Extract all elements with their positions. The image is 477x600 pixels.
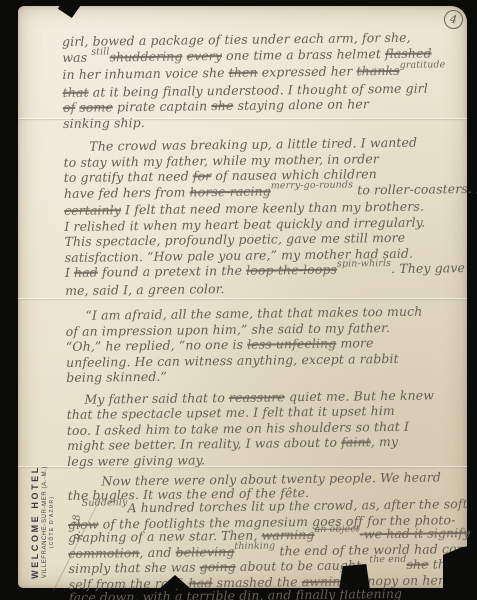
handwritten-text: one time a brass helmet	[222, 46, 385, 63]
struck-out-word: then	[229, 65, 258, 80]
handwritten-text: expressed her	[258, 63, 357, 79]
handwritten-text: I	[65, 265, 74, 280]
handwritten-text: staying alone on her	[233, 96, 369, 113]
struck-out-word: we had it signify	[360, 525, 471, 541]
handwritten-text: me, said I, a green color.	[65, 281, 225, 298]
struck-out-word: that	[63, 84, 89, 99]
manuscript-paragraph: “I am afraid, all the same, that that ma…	[65, 303, 470, 385]
scan-background: 4 girl, bowed a package of ties under ea…	[0, 0, 477, 600]
inserted-struck-word: an object	[314, 522, 359, 536]
struck-out-word: thanks	[356, 63, 399, 79]
handwritten-text: have fed hers from	[64, 184, 190, 201]
torn-edge-artifact	[339, 564, 370, 590]
struck-out-word: commotion	[68, 545, 139, 561]
struck-out-word: going	[200, 559, 236, 574]
handwritten-text: “Oh,” he replied, “no one is	[66, 337, 248, 354]
manuscript-paragraph: Now there were only about twenty people.…	[67, 470, 473, 600]
manuscript-paragraph: My father said that to reassure quiet me…	[66, 387, 471, 469]
struck-out-word: certainly	[64, 202, 121, 218]
letterhead-city: VILLEFRANCHE-SUR-MER (A.-M.)	[42, 456, 48, 588]
handwritten-text: in her inhuman voice she	[62, 65, 228, 82]
torn-edge-artifact	[443, 545, 477, 600]
pencil-page-note: p. 28	[72, 515, 83, 540]
struck-out-word: for	[193, 168, 212, 183]
inserted-word: merry-go-rounds	[271, 177, 353, 194]
struck-out-word: had	[74, 265, 98, 280]
struck-out-word: faint	[341, 434, 371, 449]
inserted-word: still	[91, 44, 110, 60]
handwritten-text: My father said that to	[84, 389, 229, 406]
handwritten-text: might see better. In reality, I was abou…	[67, 435, 341, 453]
handwritten-text: was	[62, 49, 91, 64]
struck-out-word: she	[406, 557, 428, 572]
struck-out-word: horse-racing	[189, 183, 270, 199]
struck-out-word: she	[211, 98, 233, 113]
handwritten-text: pirate captain	[113, 98, 212, 114]
handwritten-text: more	[336, 335, 373, 350]
handwritten-text: legs were giving way.	[67, 452, 205, 469]
struck-out-word: of	[63, 100, 76, 115]
handwritten-text: to roller-coasters. Indeed,	[353, 180, 477, 197]
inserted-word: gratitude	[400, 57, 446, 73]
struck-out-word: reassure	[229, 389, 285, 405]
struck-out-word: loop-the-loops	[246, 262, 337, 278]
handwritten-text: being skinned.”	[66, 369, 167, 385]
handwritten-text: quiet me. But he knew	[285, 387, 434, 404]
struck-out-word: believing	[176, 543, 235, 559]
hotel-letterhead: WELCOME HOTEL VILLEFRANCHE-SUR-MER (A.-M…	[30, 456, 55, 588]
inserted-word: Suddenly	[82, 496, 128, 510]
handwritten-text: . They gave	[391, 260, 465, 276]
inserted-word: spin-whirls	[337, 256, 391, 272]
manuscript-paragraph: girl, bowed a package of ties under each…	[62, 29, 467, 131]
inserted-word: thinking	[234, 539, 275, 553]
handwritten-text: , and	[140, 544, 176, 559]
struck-out-word: shuddering	[109, 48, 182, 64]
handwritten-text: sinking ship.	[63, 114, 145, 130]
letterhead-hotel-name: WELCOME HOTEL	[30, 456, 40, 588]
manuscript-text: girl, bowed a package of ties under each…	[62, 29, 473, 600]
struck-out-word: had	[189, 575, 213, 590]
struck-out-word: some	[79, 99, 113, 114]
manuscript-paragraph: The crowd was breaking up, a little tire…	[63, 134, 469, 298]
handwritten-text: to gratify that need	[64, 168, 193, 185]
struck-out-word: less unfeeling	[247, 336, 336, 352]
handwritten-text: simply that she was	[68, 559, 199, 576]
handwritten-text: , my	[371, 434, 398, 449]
inserted-word: the end	[369, 553, 406, 567]
handwritten-text: found a pretext in the	[98, 263, 247, 280]
struck-out-word: every	[186, 48, 222, 63]
letterhead-region: (CÔTE D'AZUR)	[49, 456, 55, 588]
